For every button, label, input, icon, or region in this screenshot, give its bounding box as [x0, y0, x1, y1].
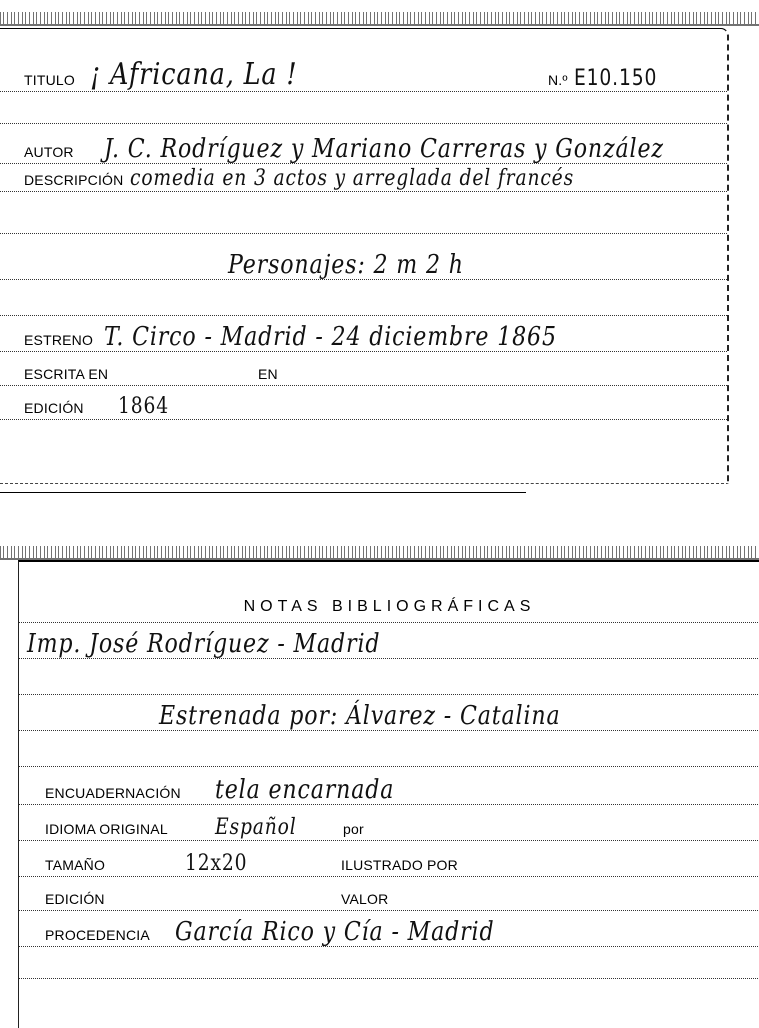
encuadernacion-label: ENCUADERNACIÓN: [45, 785, 181, 801]
tamano-value: 12x20: [185, 853, 247, 875]
card-edge-rule: [0, 492, 526, 493]
encuadernacion-value: tela encarnada: [215, 777, 394, 803]
titulo-label: TITULO: [24, 72, 75, 88]
procedencia-row: PROCEDENCIA García Rico y Cía - Madrid: [19, 910, 759, 947]
blank-row: [19, 658, 759, 695]
note-estrenada: Estrenada por: Álvarez - Catalina: [159, 703, 560, 729]
estreno-row: ESTRENO T. Circo - Madrid - 24 diciembre…: [0, 315, 727, 352]
procedencia-value: García Rico y Cía - Madrid: [175, 919, 494, 945]
edicion-label: EDICIÓN: [45, 891, 105, 907]
note-row: Estrenada por: Álvarez - Catalina: [19, 694, 759, 731]
titulo-value: ¡ Africana, La !: [90, 60, 298, 90]
personajes-value: Personajes: 2 m 2 h: [228, 252, 464, 278]
blank-row: [19, 730, 759, 767]
edicion-label: EDICIÓN: [24, 400, 84, 416]
procedencia-label: PROCEDENCIA: [45, 927, 150, 943]
escrita-en-label: ESCRITA EN: [24, 366, 108, 382]
blank-row: [19, 946, 759, 979]
estreno-value: T. Circo - Madrid - 24 diciembre 1865: [104, 324, 557, 350]
descripcion-row: DESCRIPCIÓN comedia en 3 actos y arregla…: [0, 163, 727, 192]
descripcion-value: comedia en 3 actos y arreglada del franc…: [130, 168, 574, 190]
autor-label: AUTOR: [24, 144, 74, 160]
en-label: EN: [258, 366, 278, 382]
idioma-label: IDIOMA ORIGINAL: [45, 821, 168, 837]
ilustrado-label: ILUSTRADO POR: [341, 857, 458, 873]
edicion-value: 1864: [118, 396, 169, 418]
numero-value: E10.150: [574, 68, 657, 90]
encuadernacion-row: ENCUADERNACIÓN tela encarnada: [19, 766, 759, 805]
autor-row: AUTOR J. C. Rodríguez y Mariano Carreras…: [0, 135, 727, 164]
edicion-row: EDICIÓN 1864: [0, 385, 727, 420]
idioma-value: Español: [215, 817, 297, 839]
blank-row: [0, 197, 727, 234]
note-row: Imp. José Rodríguez - Madrid: [19, 622, 759, 659]
tamano-row: TAMAÑO 12x20 ILUSTRADO POR: [19, 840, 759, 877]
descripcion-label: DESCRIPCIÓN: [24, 172, 123, 188]
blank-row: [0, 279, 727, 316]
catalog-card-notes: NOTAS BIBLIOGRÁFICAS Imp. José Rodríguez…: [18, 560, 759, 1028]
valor-label: VALOR: [341, 891, 388, 907]
note-imprenta: Imp. José Rodríguez - Madrid: [27, 631, 380, 657]
estreno-label: ESTRENO: [24, 332, 93, 348]
titulo-row: TITULO ¡ Africana, La ! N.º E10.150: [0, 57, 727, 92]
edicion-valor-row: EDICIÓN VALOR: [19, 876, 759, 911]
escrita-row: ESCRITA EN EN: [0, 351, 727, 386]
blank-row: [0, 91, 727, 124]
idioma-por-label: por: [343, 821, 364, 837]
notes-header-rule: [19, 586, 759, 623]
personajes-row: Personajes: 2 m 2 h: [0, 233, 727, 280]
autor-value: J. C. Rodríguez y Mariano Carreras y Gon…: [104, 136, 664, 162]
idioma-row: IDIOMA ORIGINAL Español por: [19, 804, 759, 841]
tamano-label: TAMAÑO: [45, 857, 105, 873]
catalog-card-title: TITULO ¡ Africana, La ! N.º E10.150 AUTO…: [0, 28, 729, 484]
scan-noise-top: [0, 12, 759, 26]
scan-noise-bottom: [0, 546, 759, 560]
numero-label: N.º: [548, 72, 568, 88]
